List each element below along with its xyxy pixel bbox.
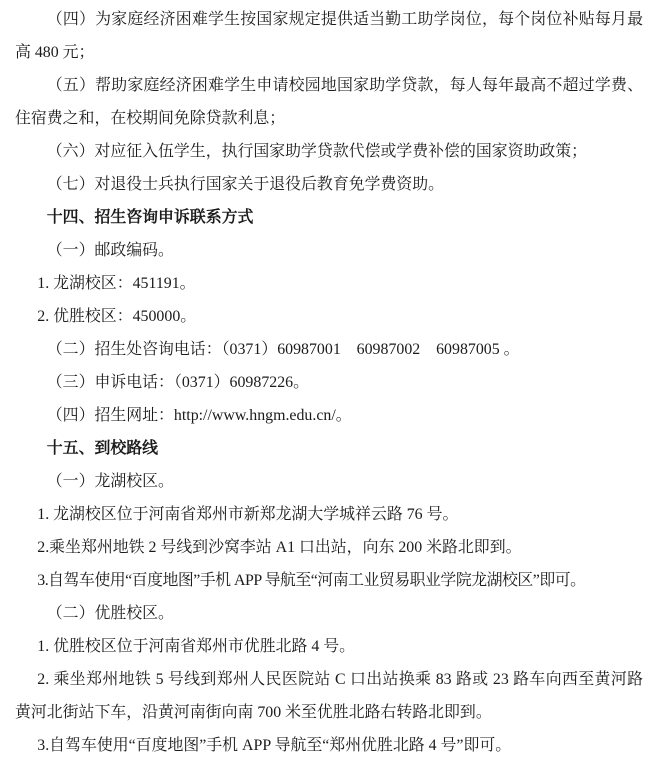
document-body: （四）为家庭经济困难学生按国家规定提供适当勤工助学岗位，每个岗位补贴每月最高 4… — [0, 0, 654, 762]
paragraph-longhu-campus-label: （一）龙湖校区。 — [15, 465, 643, 498]
paragraph-admissions-website: （四）招生网址：http://www.hngm.edu.cn/。 — [15, 399, 643, 432]
paragraph-yousheng-zipcode: 2. 优胜校区：450000。 — [15, 300, 643, 333]
paragraph-student-loan: （五）帮助家庭经济困难学生申请校园地国家助学贷款，每人每年最高不超过学费、住宿费… — [15, 69, 643, 135]
paragraph-yousheng-metro: 2. 乘坐郑州地铁 5 号线到郑州人民医院站 C 口出站换乘 83 路或 23 … — [15, 663, 643, 729]
paragraph-admissions-phone: （二）招生处咨询电话：（0371）60987001 60987002 60987… — [15, 333, 643, 366]
paragraph-yousheng-campus-label: （二）优胜校区。 — [15, 597, 643, 630]
paragraph-yousheng-address: 1. 优胜校区位于河南省郑州市优胜北路 4 号。 — [15, 630, 643, 663]
paragraph-veterans-tuition: （七）对退役士兵执行国家关于退役后教育免学费资助。 — [15, 168, 643, 201]
heading-section-14-contact: 十四、招生咨询申诉联系方式 — [15, 201, 643, 234]
paragraph-longhu-address: 1. 龙湖校区位于河南省郑州市新郑龙湖大学城祥云路 76 号。 — [15, 498, 643, 531]
paragraph-workstudy-subsidy: （四）为家庭经济困难学生按国家规定提供适当勤工助学岗位，每个岗位补贴每月最高 4… — [15, 3, 643, 69]
document-page: { "page": { "background": "#ffffff", "te… — [0, 0, 654, 782]
paragraph-longhu-zipcode: 1. 龙湖校区：451191。 — [15, 267, 643, 300]
paragraph-postal-code-label: （一）邮政编码。 — [15, 234, 643, 267]
heading-section-15-routes: 十五、到校路线 — [15, 432, 643, 465]
paragraph-longhu-driving: 3.自驾车使用“百度地图”手机 APP 导航至“河南工业贸易职业学院龙湖校区”即… — [15, 564, 643, 597]
paragraph-appeal-phone: （三）申诉电话：（0371）60987226。 — [15, 366, 643, 399]
paragraph-enlisted-students: （六）对应征入伍学生，执行国家助学贷款代偿或学费补偿的国家资助政策； — [15, 135, 643, 168]
paragraph-yousheng-driving: 3.自驾车使用“百度地图”手机 APP 导航至“郑州优胜北路 4 号”即可。 — [15, 729, 643, 762]
paragraph-longhu-metro: 2.乘坐郑州地铁 2 号线到沙窝李站 A1 口出站，向东 200 米路北即到。 — [15, 531, 643, 564]
